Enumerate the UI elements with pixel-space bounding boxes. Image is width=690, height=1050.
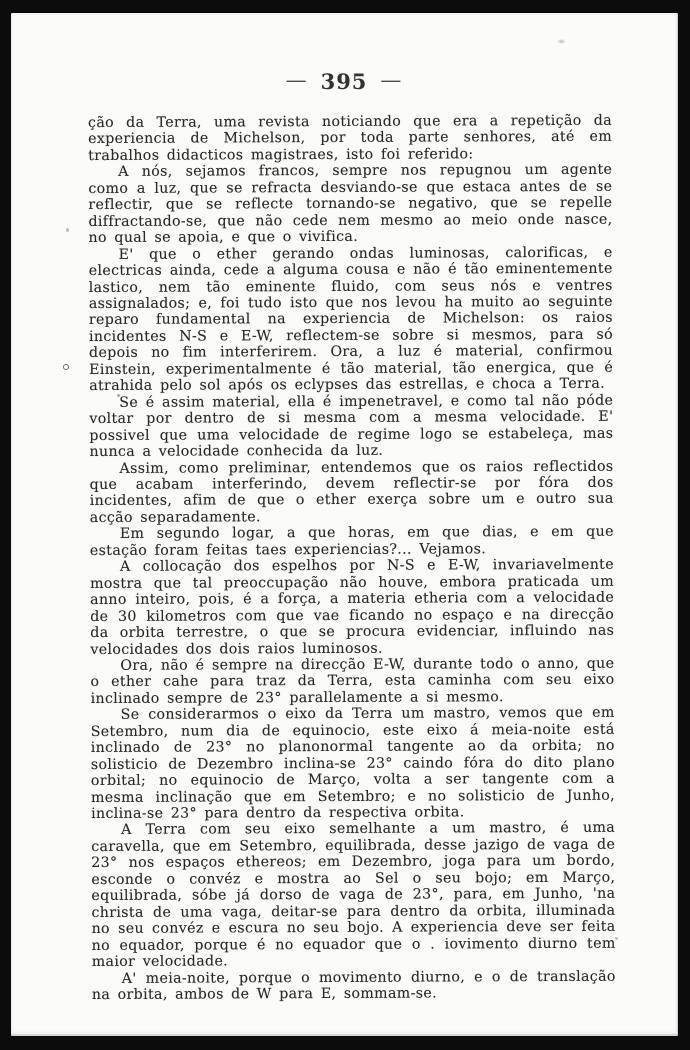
body-text-column: ção da Terra, uma revista noticiando que… bbox=[88, 113, 616, 1004]
paragraph: Em segundo logar, a que horas, em que di… bbox=[90, 524, 614, 559]
page-number: —395— bbox=[11, 69, 677, 94]
paragraph: E' que o ether gerando ondas luminosas, … bbox=[89, 244, 614, 394]
scan-speck bbox=[66, 228, 69, 232]
scanned-page: —395— ção da Terra, uma revista notician… bbox=[11, 13, 678, 1036]
paragraph: Se é assim material, ella é impenetravel… bbox=[89, 392, 613, 460]
page-number-dash-right: — bbox=[367, 68, 415, 92]
scan-speck bbox=[557, 39, 566, 44]
paragraph: A nós, sejamos francos, sempre nos repug… bbox=[88, 162, 612, 247]
scan-speck bbox=[63, 364, 69, 370]
paragraph: Se considerarmos o eixo da Terra um mast… bbox=[91, 705, 615, 822]
paragraph: Assim, como preliminar, entendemos que o… bbox=[90, 458, 614, 526]
paragraph: A Terra com seu eixo semelhante a um mas… bbox=[91, 820, 616, 970]
paragraph: ção da Terra, uma revista noticiando que… bbox=[88, 113, 612, 165]
paragraph: Ora, não é sempre na direcção E-W, duran… bbox=[90, 656, 614, 708]
paragraph: A' meia-noite, porque o movimento diurno… bbox=[92, 968, 616, 1003]
page-number-dash-left: — bbox=[273, 68, 321, 92]
paragraph: A collocação dos espelhos por N-S e E-W,… bbox=[90, 557, 614, 658]
page-number-text: 395 bbox=[321, 69, 368, 94]
scan-background-frame: —395— ção da Terra, uma revista notician… bbox=[0, 0, 690, 1050]
